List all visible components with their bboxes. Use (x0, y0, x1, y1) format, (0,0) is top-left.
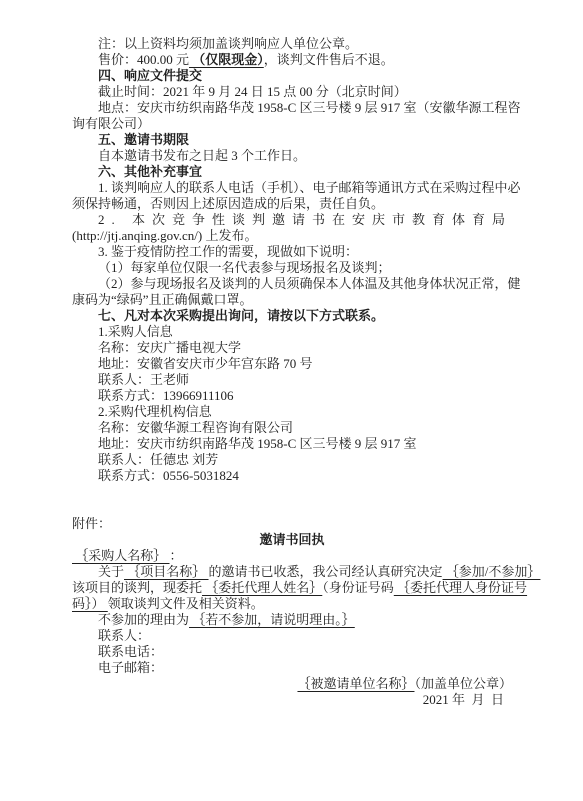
receipt-body-2: 该项目的谈判，现委托 ｛委托代理人姓名｝（身份证号码 ｛委托代理人身份证号 (72, 580, 512, 596)
deadline-line-text-0: 截止时间：2021 年 9 月 24 日 15 点 00 分（北京时间） (98, 84, 407, 99)
agency-name: 名称：安徽华源工程咨询有限公司 (72, 420, 512, 436)
note-line-text-0: 注：以上资料均须加盖谈判响应人单位公章。 (98, 36, 358, 51)
receipt-body-1-text-0: 关于 (98, 564, 124, 579)
note-line: 注：以上资料均须加盖谈判响应人单位公章。 (72, 36, 512, 52)
item-2-line: 2. 本次竞争性谈判邀请书在安庆市教育体育局 (72, 212, 512, 228)
item-3-line: 3. 鉴于疫情防控工作的需要，现做如下说明： (72, 244, 512, 260)
section-5-heading-text-0: 五、邀请书期限 (98, 132, 189, 147)
agency-contact: 联系人：任德忠 刘芳 (72, 452, 512, 468)
item-1-cont-text-0: 须保持畅通，否则因上述原因造成的后果，责任自负。 (72, 196, 384, 211)
item-2-cont-text-0: (http://jtj.anqing.gov.cn/) 上发布。 (72, 228, 257, 243)
purchaser-address-text-0: 地址：安徽省安庆市少年宫东路 70 号 (98, 356, 313, 371)
receipt-title: 邀请书回执 (72, 532, 512, 548)
item-2-line-text-0: 2. 本次竞争性谈判邀请书在安庆市教育体育局 (98, 212, 512, 227)
receipt-phone-text-0: 联系电话： (98, 644, 163, 659)
agency-name-text-0: 名称：安徽华源工程咨询有限公司 (98, 420, 293, 435)
receipt-contact: 联系人： (72, 628, 512, 644)
price-line-text-1: （仅限现金） (189, 52, 264, 67)
item-3-sub-1-text-0: （1）每家单位仅限一名代表参与现场报名及谈判； (98, 260, 391, 275)
agency-info-heading: 2.采购代理机构信息 (72, 404, 512, 420)
item-3-sub-2: （2）参与现场报名及谈判的人员须确保本人体温及其他身体状况正常，健 (72, 276, 512, 292)
receipt-body-3: 码｝） 领取谈判文件及相关资料。 (72, 596, 512, 612)
signature-line: ｛被邀请单位名称｝（加盖单位公章） (72, 676, 512, 692)
agency-phone: 联系方式：0556-5031824 (72, 468, 512, 484)
location-line-cont: 询有限公司） (72, 116, 512, 132)
attachment-label-text-0: 附件： (72, 516, 111, 531)
purchaser-contact-text-0: 联系人：王老师 (98, 372, 189, 387)
receipt-addressee: ｛采购人名称｝ ： (72, 548, 512, 564)
signature-line-text-1: （加盖单位公章） (414, 676, 512, 691)
purchaser-name-text-0: 名称：安庆广播电视大学 (98, 340, 241, 355)
receipt-body-2-text-0: 该项目的谈判，现委托 (72, 580, 202, 595)
section-7-heading: 七、凡对本次采购提出询问，请按以下方式联系。 (72, 308, 512, 324)
location-line-text-0: 地点：安庆市纺织南路华茂 1958-C 区三号楼 9 层 917 室（安徽华源工… (98, 100, 521, 115)
agency-phone-text-0: 联系方式：0556-5031824 (98, 468, 239, 483)
receipt-body-3-text-1: 领取谈判文件及相关资料。 (108, 596, 264, 611)
receipt-decline-reason-text-0: 不参加的理由为 (98, 612, 189, 627)
section-4-heading: 四、响应文件提交 (72, 68, 512, 84)
purchaser-phone: 联系方式：13966911106 (72, 388, 512, 404)
purchaser-address: 地址：安徽省安庆市少年宫东路 70 号 (72, 356, 512, 372)
purchaser-info-heading-text-0: 1.采购人信息 (98, 324, 173, 339)
receipt-contact-text-0: 联系人： (98, 628, 150, 643)
agency-contact-text-0: 联系人：任德忠 刘芳 (98, 452, 218, 467)
receipt-phone: 联系电话： (72, 644, 512, 660)
item-1-line-text-0: 1. 谈判响应人的联系人电话（手机）、电子邮箱等通讯方式在采购过程中必 (98, 180, 521, 195)
location-line-cont-text-0: 询有限公司） (72, 116, 150, 131)
receipt-body-3-text-0: 码｝） (72, 596, 108, 611)
section-6-heading-text-0: 六、其他补充事宜 (98, 164, 202, 179)
purchaser-name: 名称：安庆广播电视大学 (72, 340, 512, 356)
price-line-text-2: ，谈判文件售后不退。 (264, 52, 394, 67)
location-line: 地点：安庆市纺织南路华茂 1958-C 区三号楼 9 层 917 室（安徽华源工… (72, 100, 512, 116)
item-3-sub-1: （1）每家单位仅限一名代表参与现场报名及谈判； (72, 260, 512, 276)
receipt-body-2-text-1: ｛委托代理人姓名｝ (202, 580, 322, 595)
agency-info-heading-text-0: 2.采购代理机构信息 (98, 404, 212, 419)
receipt-decline-reason: 不参加的理由为 ｛若不参加，请说明理由。｝ (72, 612, 512, 628)
receipt-body-1-text-1: ｛项目名称｝ (124, 564, 209, 579)
purchaser-phone-text-0: 联系方式：13966911106 (98, 388, 234, 403)
signature-line-text-0: ｛被邀请单位名称｝ (297, 676, 414, 691)
item-2-cont: (http://jtj.anqing.gov.cn/) 上发布。 (72, 228, 512, 244)
receipt-body-1-text-2: 的邀请书已收悉，我公司经认真研究决定 (209, 564, 443, 579)
validity-line-text-0: 自本邀请书发布之日起 3 个工作日。 (98, 148, 306, 163)
item-3-sub-2-cont-text-0: 康码为“绿码”且正确佩戴口罩。 (72, 292, 253, 307)
receipt-body-1: 关于 ｛项目名称｝ 的邀请书已收悉，我公司经认真研究决定 ｛参加/不参加｝ (72, 564, 512, 580)
receipt-email-text-0: 电子邮箱： (98, 660, 163, 675)
agency-address: 地址：安庆市纺织南路华茂 1958-C 区三号楼 9 层 917 室 (72, 436, 512, 452)
receipt-email: 电子邮箱： (72, 660, 512, 676)
receipt-body-1-text-3: ｛参加/不参加｝ (443, 564, 541, 579)
purchaser-contact: 联系人：王老师 (72, 372, 512, 388)
section-5-heading: 五、邀请书期限 (72, 132, 512, 148)
receipt-title-text-0: 邀请书回执 (259, 532, 324, 547)
item-3-line-text-0: 3. 鉴于疫情防控工作的需要，现做如下说明： (98, 244, 358, 259)
document-body: 注：以上资料均须加盖谈判响应人单位公章。售价：400.00 元 （仅限现金），谈… (72, 36, 512, 708)
item-3-sub-2-cont: 康码为“绿码”且正确佩戴口罩。 (72, 292, 512, 308)
agency-address-text-0: 地址：安庆市纺织南路华茂 1958-C 区三号楼 9 层 917 室 (98, 436, 417, 451)
section-7-heading-text-0: 七、凡对本次采购提出询问，请按以下方式联系。 (98, 308, 384, 323)
deadline-line: 截止时间：2021 年 9 月 24 日 15 点 00 分（北京时间） (72, 84, 512, 100)
document-page: 注：以上资料均须加盖谈判响应人单位公章。售价：400.00 元 （仅限现金），谈… (0, 0, 583, 801)
receipt-decline-reason-text-1: ｛若不参加，请说明理由。｝ (189, 612, 355, 627)
item-1-cont: 须保持畅通，否则因上述原因造成的后果，责任自负。 (72, 196, 512, 212)
receipt-addressee-text-0: ｛采购人名称｝ (72, 548, 170, 563)
attachment-label: 附件： (72, 516, 512, 532)
section-4-heading-text-0: 四、响应文件提交 (98, 68, 202, 83)
receipt-body-2-text-2: （身份证号码 (322, 580, 394, 595)
purchaser-info-heading: 1.采购人信息 (72, 324, 512, 340)
date-line: 2021 年 月 日 (72, 692, 512, 708)
price-line-text-0: 售价：400.00 元 (98, 52, 189, 67)
price-line: 售价：400.00 元 （仅限现金），谈判文件售后不退。 (72, 52, 512, 68)
validity-line: 自本邀请书发布之日起 3 个工作日。 (72, 148, 512, 164)
item-1-line: 1. 谈判响应人的联系人电话（手机）、电子邮箱等通讯方式在采购过程中必 (72, 180, 512, 196)
section-6-heading: 六、其他补充事宜 (72, 164, 512, 180)
receipt-addressee-text-1: ： (170, 548, 183, 563)
item-3-sub-2-text-0: （2）参与现场报名及谈判的人员须确保本人体温及其他身体状况正常，健 (98, 276, 521, 291)
receipt-body-2-text-3: ｛委托代理人身份证号 (394, 580, 527, 595)
date-line-text-0: 2021 年 月 日 (423, 692, 504, 707)
